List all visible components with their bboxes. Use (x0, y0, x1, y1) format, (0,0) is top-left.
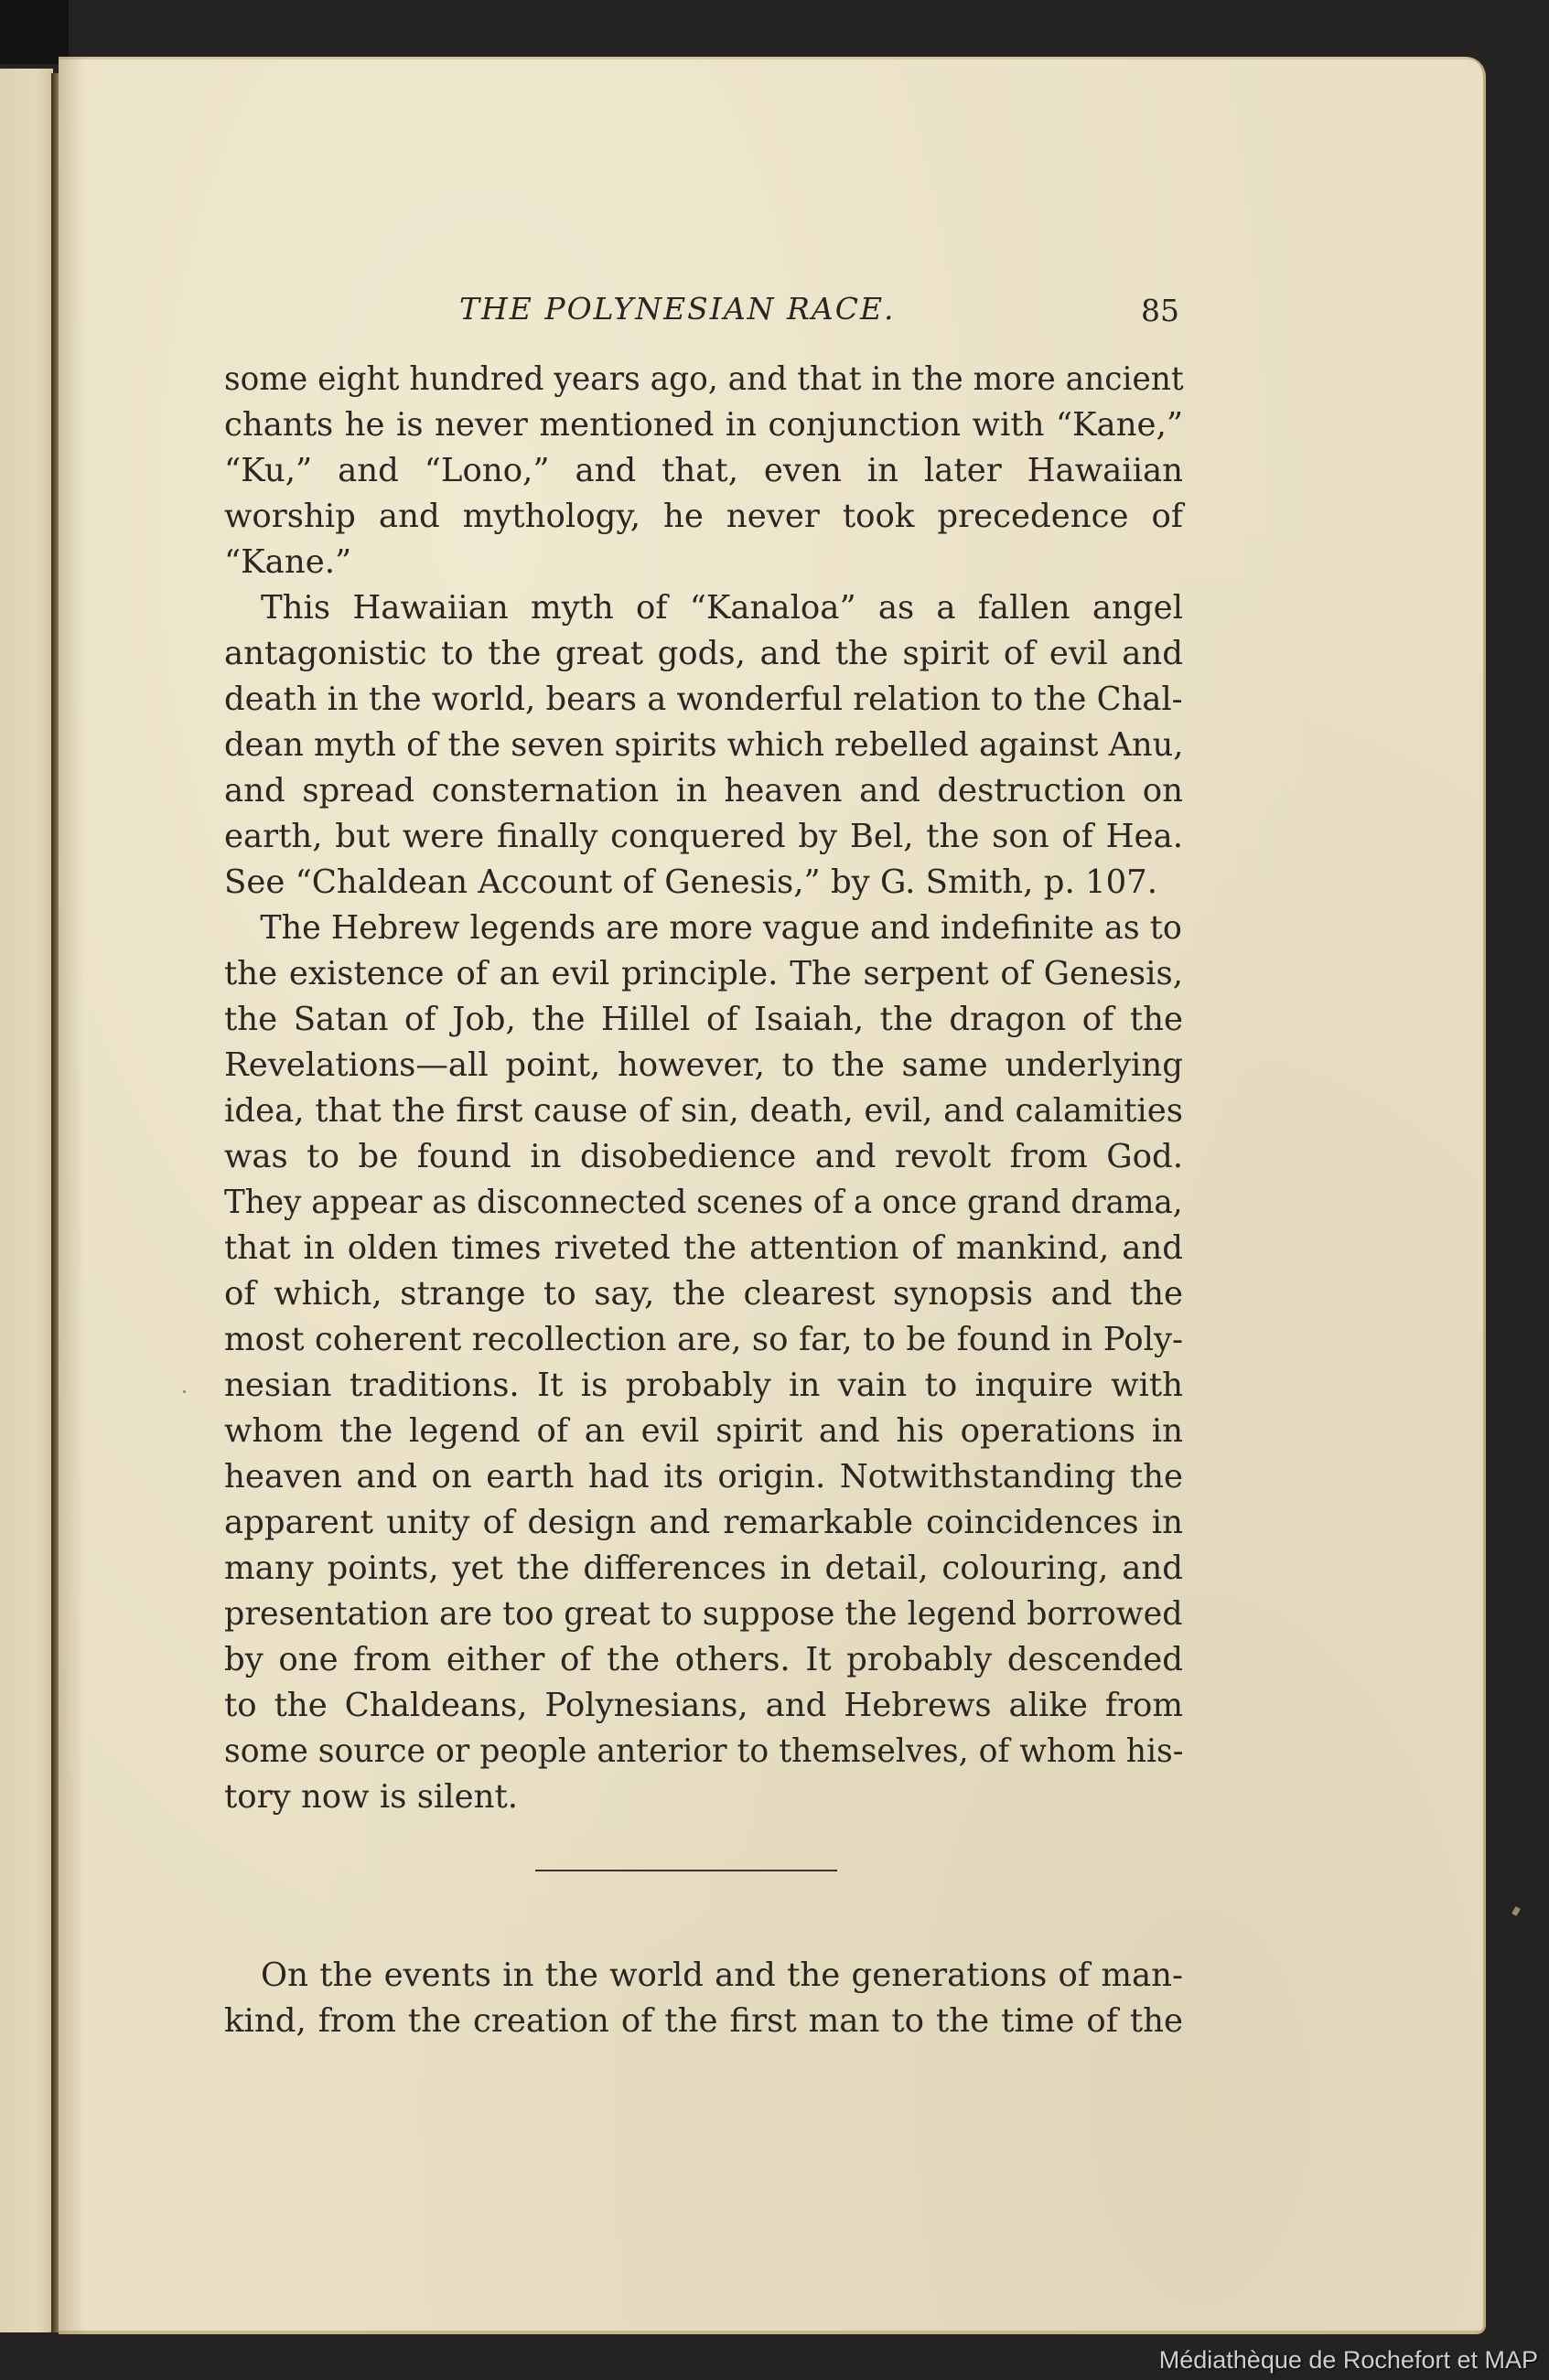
paper-speck (1511, 1906, 1521, 1916)
text-line: “Ku,” and “Lono,” and that, even in late… (224, 448, 1183, 494)
facing-page-edge (0, 69, 53, 2332)
running-head: THE POLYNESIAN RACE. 85 (0, 291, 1549, 337)
text-line: that in olden times riveted the attentio… (224, 1226, 1183, 1271)
text-line: many points, yet the differences in deta… (224, 1546, 1183, 1592)
text-line: of which, strange to say, the clearest s… (224, 1271, 1183, 1317)
text-line: Revelations—all point, however, to the s… (224, 1043, 1183, 1088)
text-line: some eight hundred years ago, and that i… (224, 357, 1152, 402)
text-line: This Hawaiian myth of “Kanaloa” as a fal… (224, 585, 1183, 631)
text-line: kind, from the creation of the first man… (224, 1999, 1183, 2044)
body-text: some eight hundred years ago, and that i… (224, 357, 1183, 1820)
text-line: See “Chaldean Account of Genesis,” by G.… (224, 860, 1183, 906)
text-line: presentation are too great to suppose th… (224, 1592, 1166, 1637)
library-watermark: Médiathèque de Rochefort et MAP (1159, 2346, 1538, 2375)
text-line: dean myth of the seven spirits which reb… (224, 723, 1174, 768)
text-line: to the Chaldeans, Polynesians, and Hebre… (224, 1683, 1183, 1729)
text-line: apparent unity of design and remarkable … (224, 1500, 1183, 1546)
text-line: death in the world, bears a wonderful re… (224, 677, 1178, 723)
text-line: tory now is silent. (224, 1774, 1183, 1820)
text-line: “Kane.” (224, 540, 1183, 585)
text-line: the Satan of Job, the Hillel of Isaiah, … (224, 997, 1183, 1043)
text-line: earth, but were finally conquered by Bel… (224, 814, 1183, 860)
text-line: the existence of an evil principle. The … (224, 951, 1183, 997)
text-line: some source or people anterior to themse… (224, 1729, 1158, 1774)
text-line: most coherent recollection are, so far, … (224, 1317, 1183, 1363)
text-line: They appear as disconnected scenes of a … (224, 1180, 1147, 1226)
page-edge-shadow (59, 57, 84, 2334)
text-line: heaven and on earth had its origin. Notw… (224, 1454, 1183, 1500)
text-line: On the events in the world and the gener… (224, 1953, 1183, 1999)
text-line: The Hebrew legends are more vague and in… (224, 906, 1167, 951)
text-line: chants he is never mentioned in conjunct… (224, 402, 1183, 448)
text-line: and spread consternation in heaven and d… (224, 768, 1183, 814)
running-title: THE POLYNESIAN RACE. (459, 291, 896, 327)
next-section-text: On the events in the world and the gener… (224, 1953, 1183, 2044)
text-line: was to be found in disobedience and revo… (224, 1134, 1183, 1180)
paper-speck (183, 1390, 186, 1393)
text-line: idea, that the first cause of sin, death… (224, 1088, 1183, 1134)
page-number: 85 (1141, 293, 1179, 328)
scan-backdrop (0, 0, 69, 64)
text-line: worship and mythology, he never took pre… (224, 494, 1183, 540)
section-divider-rule (535, 1870, 837, 1871)
text-line: whom the legend of an evil spirit and hi… (224, 1409, 1183, 1454)
text-line: by one from either of the others. It pro… (224, 1637, 1183, 1683)
text-line: antagonistic to the great gods, and the … (224, 631, 1183, 677)
text-line: nesian traditions. It is probably in vai… (224, 1363, 1183, 1409)
